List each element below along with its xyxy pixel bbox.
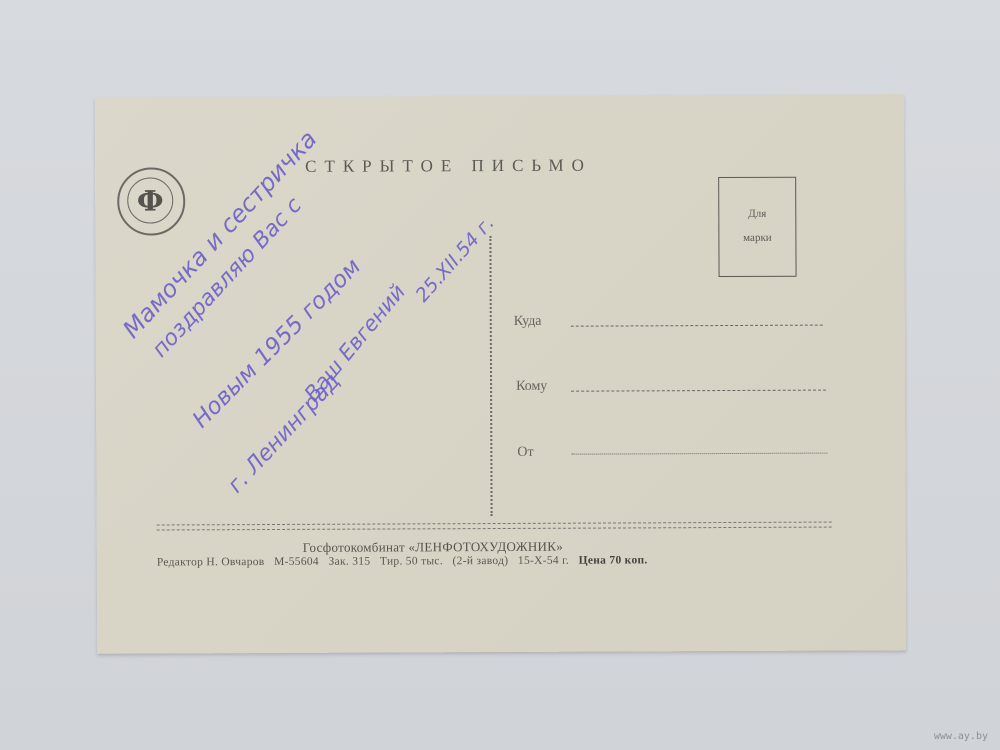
- emblem-glyph: Ф: [128, 184, 172, 217]
- stamp-box: Для марки: [718, 177, 796, 277]
- imprint-editor: Редактор Н. Овчаров: [157, 556, 265, 568]
- imprint-order: Зак. 315: [328, 556, 370, 568]
- imprint-line: Редактор Н. Овчаров М-55604 Зак. 315 Тир…: [157, 554, 648, 568]
- postcard: Ф СТКРЫТОЕ ПИСЬМО Для марки Куда Кому От…: [95, 94, 906, 654]
- imprint-print-run: Тир. 50 тыс.: [380, 555, 443, 567]
- publisher-name: Госфотокомбинат «ЛЕНФОТОХУДОЖНИК»: [303, 539, 563, 556]
- stamp-box-label-line2: марки: [719, 232, 795, 244]
- stamp-box-label-line1: Для: [719, 208, 795, 220]
- address-label-where: Куда: [514, 314, 542, 330]
- address-label-to: Кому: [516, 379, 547, 395]
- footer-rule-top: [157, 522, 832, 526]
- address-label-from: От: [517, 445, 533, 461]
- address-line-to: [571, 390, 826, 392]
- handwriting-line-5: 25.XII.54 г.: [411, 212, 498, 306]
- address-line-where: [571, 325, 823, 327]
- vertical-divider: [489, 236, 492, 516]
- emblem-inner-ring: Ф: [127, 177, 173, 223]
- address-line-from: [571, 453, 827, 455]
- publisher-emblem-icon: Ф: [117, 167, 185, 235]
- imprint-code: М-55604: [274, 556, 319, 568]
- imprint-date: 15-X-54 г.: [518, 555, 569, 567]
- imprint-price: Цена 70 коп.: [579, 554, 648, 566]
- postcard-title: СТКРЫТОЕ ПИСЬМО: [305, 156, 592, 177]
- footer-rule-bottom: [157, 527, 832, 531]
- imprint-plant: (2-й завод): [453, 555, 509, 567]
- watermark: www.ay.by: [934, 731, 988, 742]
